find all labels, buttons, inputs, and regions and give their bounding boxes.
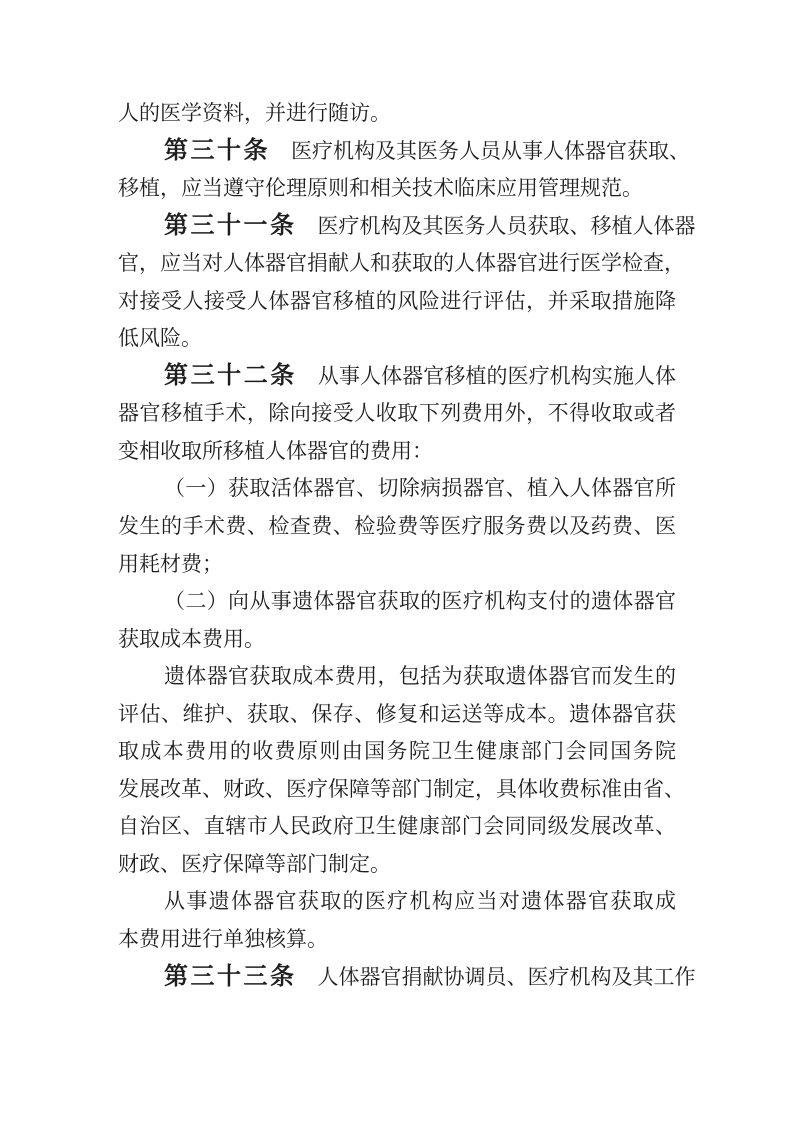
text-run: （二）向从事遗体器官获取的医疗机构支付的遗体器官 xyxy=(164,589,676,613)
text-run: 评估、维护、获取、保存、修复和运送等成本。遗体器官获 xyxy=(118,702,676,726)
text-line: （二）向从事遗体器官获取的医疗机构支付的遗体器官 xyxy=(118,583,676,621)
text-line: 自治区、直辖市人民政府卫生健康部门会同同级发展改革、 xyxy=(118,808,676,846)
text-run: 对接受人接受人体器官移植的风险进行评估，并采取措施降 xyxy=(118,289,676,313)
text-run: 自治区、直辖市人民政府卫生健康部门会同同级发展改革、 xyxy=(118,814,676,838)
text-line: 变相收取所移植人体器官的费用： xyxy=(118,433,676,471)
article-number: 第三十二条 xyxy=(164,363,297,389)
text-line: 取成本费用的收费原则由国务院卫生健康部门会同国务院 xyxy=(118,733,676,771)
text-line: 对接受人接受人体器官移植的风险进行评估，并采取措施降 xyxy=(118,283,676,321)
text-line: 人的医学资料，并进行随访。 xyxy=(118,95,676,133)
document-page: 人的医学资料，并进行随访。第三十条 医疗机构及其医务人员从事人体器官获取、移植，… xyxy=(0,0,793,1122)
article-number: 第三十条 xyxy=(164,138,270,164)
text-line: 第三十条 医疗机构及其医务人员从事人体器官获取、 xyxy=(118,133,676,171)
text-run: 发生的手术费、检查费、检验费等医疗服务费以及药费、医 xyxy=(118,514,676,538)
text-run: 低风险。 xyxy=(118,326,202,350)
text-line: 第三十二条 从事人体器官移植的医疗机构实施人体 xyxy=(118,358,676,396)
text-line: 移植，应当遵守伦理原则和相关技术临床应用管理规范。 xyxy=(118,170,676,208)
text-line: 器官移植手术，除向接受人收取下列费用外，不得收取或者 xyxy=(118,395,676,433)
article-number: 第三十一条 xyxy=(164,213,297,239)
text-line: 第三十三条 人体器官捐献协调员、医疗机构及其工作 xyxy=(118,959,676,997)
text-run: 从事遗体器官获取的医疗机构应当对遗体器官获取成 xyxy=(164,889,676,913)
text-run: 官，应当对人体器官捐献人和获取的人体器官进行医学检查， xyxy=(118,251,685,275)
text-run: 遗体器官获取成本费用，包括为获取遗体器官而发生的 xyxy=(164,664,676,688)
text-line: 评估、维护、获取、保存、修复和运送等成本。遗体器官获 xyxy=(118,696,676,734)
text-run: 人的医学资料，并进行随访。 xyxy=(118,101,391,125)
document-text: 人的医学资料，并进行随访。第三十条 医疗机构及其医务人员从事人体器官获取、移植，… xyxy=(118,95,676,996)
text-run: 财政、医疗保障等部门制定。 xyxy=(118,852,391,876)
text-line: 从事遗体器官获取的医疗机构应当对遗体器官获取成 xyxy=(118,883,676,921)
text-line: 官，应当对人体器官捐献人和获取的人体器官进行医学检查， xyxy=(118,245,676,283)
text-run: 本费用进行单独核算。 xyxy=(118,927,328,951)
text-run: 获取成本费用。 xyxy=(118,627,265,651)
text-line: 遗体器官获取成本费用，包括为获取遗体器官而发生的 xyxy=(118,658,676,696)
text-line: （一）获取活体器官、切除病损器官、植入人体器官所 xyxy=(118,470,676,508)
text-line: 本费用进行单独核算。 xyxy=(118,921,676,959)
text-run: 医疗机构及其医务人员获取、移植人体器 xyxy=(297,214,696,238)
text-run: 人体器官捐献协调员、医疗机构及其工作 xyxy=(297,965,696,989)
text-line: 第三十一条 医疗机构及其医务人员获取、移植人体器 xyxy=(118,208,676,246)
text-line: 用耗材费； xyxy=(118,546,676,584)
text-run: 从事人体器官移植的医疗机构实施人体 xyxy=(297,364,676,388)
text-run: 用耗材费； xyxy=(118,552,223,576)
text-run: 移植，应当遵守伦理原则和相关技术临床应用管理规范。 xyxy=(118,176,643,200)
text-run: 发展改革、财政、医疗保障等部门制定，具体收费标准由省、 xyxy=(118,777,685,801)
text-run: 取成本费用的收费原则由国务院卫生健康部门会同国务院 xyxy=(118,739,676,763)
text-run: （一）获取活体器官、切除病损器官、植入人体器官所 xyxy=(164,476,676,500)
text-line: 低风险。 xyxy=(118,320,676,358)
text-run: 医疗机构及其医务人员从事人体器官获取、 xyxy=(270,139,690,163)
text-run: 变相收取所移植人体器官的费用： xyxy=(118,439,433,463)
text-line: 财政、医疗保障等部门制定。 xyxy=(118,846,676,884)
text-line: 发生的手术费、检查费、检验费等医疗服务费以及药费、医 xyxy=(118,508,676,546)
text-line: 发展改革、财政、医疗保障等部门制定，具体收费标准由省、 xyxy=(118,771,676,809)
article-number: 第三十三条 xyxy=(164,964,297,990)
text-line: 获取成本费用。 xyxy=(118,621,676,659)
text-run: 器官移植手术，除向接受人收取下列费用外，不得收取或者 xyxy=(118,401,676,425)
